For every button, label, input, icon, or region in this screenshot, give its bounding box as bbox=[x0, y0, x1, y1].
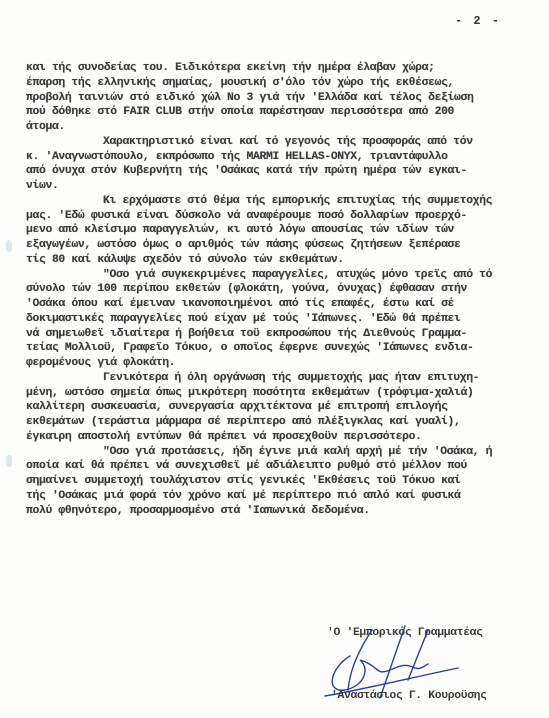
text-line: έγκαιρη αποστολή εντύπων θά πρέπει νά πρ… bbox=[26, 430, 422, 444]
text-line: οποία καί θά πρέπει νά συνεχισθεϊ μέ αδι… bbox=[26, 459, 467, 473]
text-line: εξαγωγέων, ωστόσο όμως ο αριθμός τών πάσ… bbox=[26, 238, 461, 252]
text-line: σύνολο τών 100 περίπου εκθετών (φλοκάτη,… bbox=[26, 282, 467, 296]
text-line: από όνυχα στόν Κυβερνήτη τής 'Οσάκας κατ… bbox=[26, 164, 467, 178]
text-line: τίς 80 καί κάλυψε σχεδόν τό σύνολο τών ε… bbox=[26, 253, 344, 267]
text-line: καλλίτερη συσκευασία, συνεργασία αρχιτέκ… bbox=[26, 400, 448, 414]
page-number: - 2 - bbox=[455, 14, 501, 28]
text-line: εκθεμάτων (τεράστια μάρμαρα σέ περίπτερο… bbox=[26, 415, 461, 429]
text-line: 'Οσάκα όπου καί έμειναν ικανοποιημένοι α… bbox=[26, 297, 454, 311]
text-line: Γενικότερα ή όλη οργάνωση τής συμμετοχής… bbox=[103, 371, 479, 385]
text-line: άτομα. bbox=[26, 120, 65, 134]
text-line: μας. 'Εδώ φυσικά είναι δύσκολο νά αναφέρ… bbox=[26, 209, 467, 223]
text-line: τείας Μολλιοϋ, Γραφεϊο Τόκυο, ο οποϊος έ… bbox=[26, 341, 474, 355]
text-line: έπαρση τής ελληνικής σημαίας, μουσική σ'… bbox=[26, 76, 454, 90]
text-line: "Οσο γιά προτάσεις, ήδη έγινε μιά καλή α… bbox=[103, 445, 492, 459]
text-line: κ. 'Αναγνωστόπουλο, εκπρόσωπο τής MARMI … bbox=[26, 150, 448, 164]
text-line: "Οσο γιά συγκεκριμένες παραγγελίες, ατυχ… bbox=[103, 268, 492, 282]
text-line: τής 'Οσάκας μιά φορά τόν χρόνο καί μέ πε… bbox=[26, 489, 461, 503]
text-line: πού δόθηκε στό FAIR CLUB στήν οποία παρέ… bbox=[26, 105, 454, 119]
text-line: δοκιμαστικές παραγγελίες πού είχαν μέ το… bbox=[26, 312, 461, 326]
text-line: Χαρακτηριστικό είναι καί τό γεγονός τής … bbox=[103, 135, 473, 149]
text-line: σημαίνει συμμετοχή τουλάχιστον στίς γενι… bbox=[26, 474, 461, 488]
text-line: προβολή ταινιών στό ειδικό χώλ Νο 3 γιά … bbox=[26, 91, 474, 105]
text-line: νά σημειωθεϊ ιδιαίτερα ή βοήθεια τοϋ εκπ… bbox=[26, 327, 467, 341]
text-line: νίων. bbox=[26, 179, 58, 193]
text-line: Κι ερχόμαστε στό θέμα τής εμπορικής επιτ… bbox=[103, 194, 492, 208]
text-line: και τής συνοδείας του. Ειδικότερα εκείνη… bbox=[26, 61, 435, 75]
margin-mark bbox=[6, 455, 12, 467]
signer-name: 'Αναστάσιος Γ. Κουροϋσης bbox=[331, 690, 487, 702]
typed-letter-page: - 2 - και τής συνοδείας του. Ειδικότερα … bbox=[0, 0, 549, 718]
text-line: φερομένους γιά φλοκάτη. bbox=[26, 356, 175, 370]
text-line: πολύ φθηνότερο, προσαρμοσμένο στά 'Ιαπων… bbox=[26, 504, 370, 518]
text-line: μένη, ωστόσο σημεία όπως μικρότερη ποσότ… bbox=[26, 386, 474, 400]
margin-mark bbox=[6, 240, 12, 252]
text-line: μενο από κλείσιμο παραγγελιών, κι αυτό λ… bbox=[26, 223, 454, 237]
